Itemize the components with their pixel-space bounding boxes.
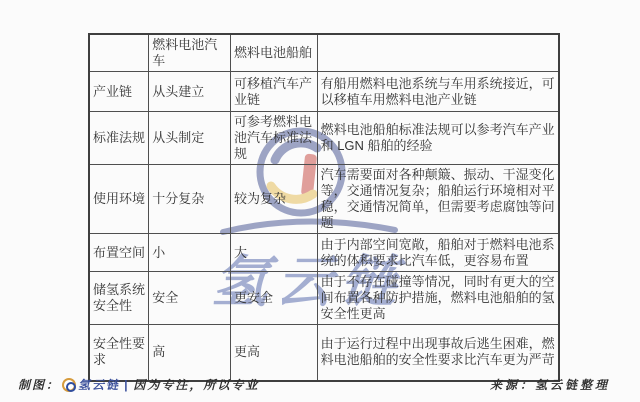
divider: | [124,378,129,392]
note-cell: 由于不存在碰撞等情况，同时有更大的空间布置各种防护措施，燃料电池船舶的氢安全性更… [317,272,559,325]
col-header-fuel-cell-ship: 燃料电池船舶 [230,34,317,72]
ship-cell: 较为复杂 [230,165,317,234]
hydrogen-cloud-logo-small-icon [62,378,76,392]
vehicle-cell: 十分复杂 [149,165,231,234]
source-line: 来源：氢云链整理 [490,376,610,393]
ship-cell: 可移植汽车产业链 [230,72,317,112]
vehicle-cell: 小 [149,234,231,272]
note-cell: 汽车需要面对各种颠簸、振动、干湿变化等，交通情况复杂；船舶运行环境相对平稳，交通… [317,165,559,234]
vehicle-cell: 从头制定 [149,112,231,165]
table-row: 储氢系统安全性 安全 更安全 由于不存在碰撞等情况，同时有更大的空间布置各种防护… [89,272,559,325]
table-row: 产业链 从头建立 可移植汽车产业链 有船用燃料电池系统与车用系统接近，可以移植车… [89,72,559,112]
footer: 制图： 氢云链 | 因为专注，所以专业 来源：氢云链整理 [0,372,640,398]
col-header-notes [317,34,559,72]
row-label: 储氢系统安全性 [89,272,149,325]
header-row: 燃料电池汽车 燃料电池船舶 [89,34,559,72]
note-cell: 有船用燃料电池系统与车用系统接近，可以移植车用燃料电池产业链 [317,72,559,112]
row-label: 使用环境 [89,165,149,234]
brand-name: 氢云链 [78,376,120,393]
row-label: 产业链 [89,72,149,112]
ship-cell: 大 [230,234,317,272]
table-row: 使用环境 十分复杂 较为复杂 汽车需要面对各种颠簸、振动、干湿变化等，交通情况复… [89,165,559,234]
page: 氢云链 燃料电池汽车 燃料电池船舶 产业链 从头建立 可移植汽车产业链 有船用燃… [0,0,640,402]
note-cell: 燃料电池船舶标准法规可以参考汽车产业和 LGN 船舶的经验 [317,112,559,165]
vehicle-cell: 从头建立 [149,72,231,112]
ship-cell: 更安全 [230,272,317,325]
col-header-fuel-cell-vehicle: 燃料电池汽车 [149,34,231,72]
comparison-table: 燃料电池汽车 燃料电池船舶 产业链 从头建立 可移植汽车产业链 有船用燃料电池系… [88,33,560,382]
row-label: 布置空间 [89,234,149,272]
credit-prefix: 制图： [18,376,60,393]
row-label: 标准法规 [89,112,149,165]
vehicle-cell: 安全 [149,272,231,325]
brand-slogan: 因为专注，所以专业 [133,376,259,393]
table-row: 标准法规 从头制定 可参考燃料电池汽车标准法规 燃料电池船舶标准法规可以参考汽车… [89,112,559,165]
note-cell: 由于内部空间宽敞，船舶对于燃料电池系统的体积要求比汽车低，更容易布置 [317,234,559,272]
ship-cell: 可参考燃料电池汽车标准法规 [230,112,317,165]
credit-line: 制图： 氢云链 | 因为专注，所以专业 [18,376,259,393]
corner-cell [89,34,149,72]
table-row: 布置空间 小 大 由于内部空间宽敞，船舶对于燃料电池系统的体积要求比汽车低，更容… [89,234,559,272]
